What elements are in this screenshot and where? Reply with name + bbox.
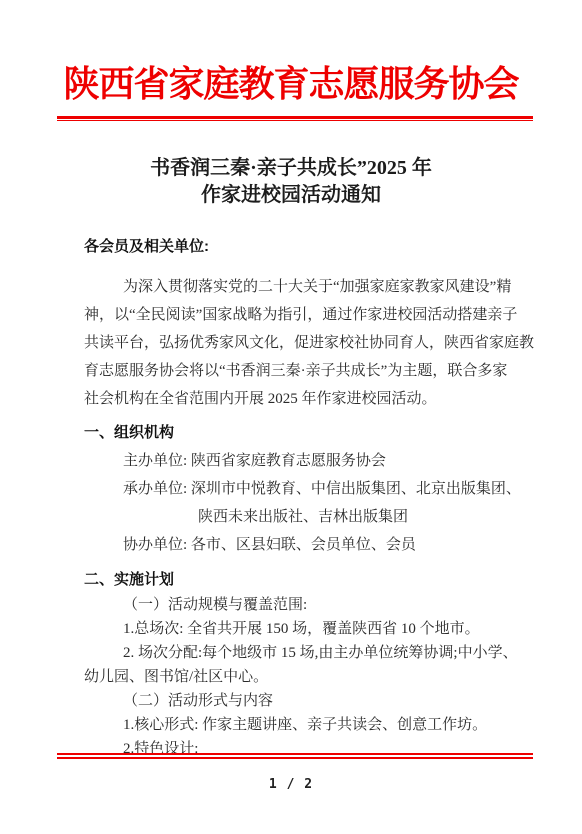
intro-line: 育志愿服务协会将以“书香润三秦·亲子共成长”为主题，联合多家 <box>84 357 518 385</box>
plan-total-sessions-line: 1.总场次: 全省共开展 150 场，覆盖陕西省 10 个地市。 <box>84 617 518 641</box>
intro-line: 社会机构在全省范围内开展 2025 年作家进校园活动。 <box>84 385 518 413</box>
intro-paragraph: 为深入贯彻落实党的二十大关于“加强家庭家教家风建设”精 神，以“全民阅读”国家战… <box>84 273 518 413</box>
plan-subheading-format: （二）活动形式与内容 <box>84 689 518 713</box>
plan-subheading-scope: （一）活动规模与覆盖范围: <box>84 593 518 617</box>
doc-title-line2: 作家进校园活动通知 <box>0 182 582 209</box>
intro-line: 为深入贯彻落实党的二十大关于“加强家庭家教家风建设”精 <box>84 273 518 301</box>
plan-core-format-line: 1.核心形式: 作家主题讲座、亲子共读会、创意工作坊。 <box>84 713 518 737</box>
page-number: 1 / 2 <box>0 777 582 792</box>
section-organization-heading: 一、组织机构 <box>84 419 518 447</box>
organizer-host-line: 主办单位: 陕西省家庭教育志愿服务协会 <box>84 447 518 475</box>
intro-line: 神，以“全民阅读”国家战略为指引，通过作家进校园活动搭建亲子 <box>84 301 518 329</box>
document-page: 陕西省家庭教育志愿服务协会 书香润三秦·亲子共成长”2025 年 作家进校园活动… <box>0 0 582 834</box>
footer-divider-bottom-line <box>57 757 533 759</box>
intro-line: 共读平台，弘扬优秀家风文化，促进家校社协同育人，陕西省家庭教 <box>84 329 518 357</box>
doc-title: 书香润三秦·亲子共成长”2025 年 作家进校园活动通知 <box>0 155 582 209</box>
footer-divider-top-line <box>57 753 533 755</box>
organizer-coorganizer-line: 协办单位: 各市、区县妇联、会员单位、会员 <box>84 531 518 559</box>
organizer-undertaker-continuation: 陕西未来出版社、吉林出版集团 <box>84 503 518 531</box>
plan-session-allocation-continuation: 幼儿园、图书馆/社区中心。 <box>84 665 518 689</box>
letterhead: 陕西省家庭教育志愿服务协会 <box>0 0 582 121</box>
org-name: 陕西省家庭教育志愿服务协会 <box>0 0 582 112</box>
letterhead-divider <box>57 116 533 121</box>
section-plan-heading: 二、实施计划 <box>84 567 518 593</box>
section-organization: 一、组织机构 主办单位: 陕西省家庭教育志愿服务协会 承办单位: 深圳市中悦教育… <box>84 419 518 559</box>
letterhead-divider-thick-line <box>57 116 533 119</box>
footer-divider <box>57 753 533 759</box>
salutation: 各会员及相关单位: <box>84 237 512 257</box>
letterhead-divider-thin-line <box>57 120 533 121</box>
organizer-undertaker-line: 承办单位: 深圳市中悦教育、中信出版集团、北京出版集团、 <box>84 475 518 503</box>
plan-session-allocation-line: 2. 场次分配:每个地级市 15 场,由主办单位统筹协调;中小学、 <box>84 641 518 665</box>
doc-title-line1: 书香润三秦·亲子共成长”2025 年 <box>0 155 582 182</box>
section-plan: 二、实施计划 （一）活动规模与覆盖范围: 1.总场次: 全省共开展 150 场，… <box>84 567 518 761</box>
